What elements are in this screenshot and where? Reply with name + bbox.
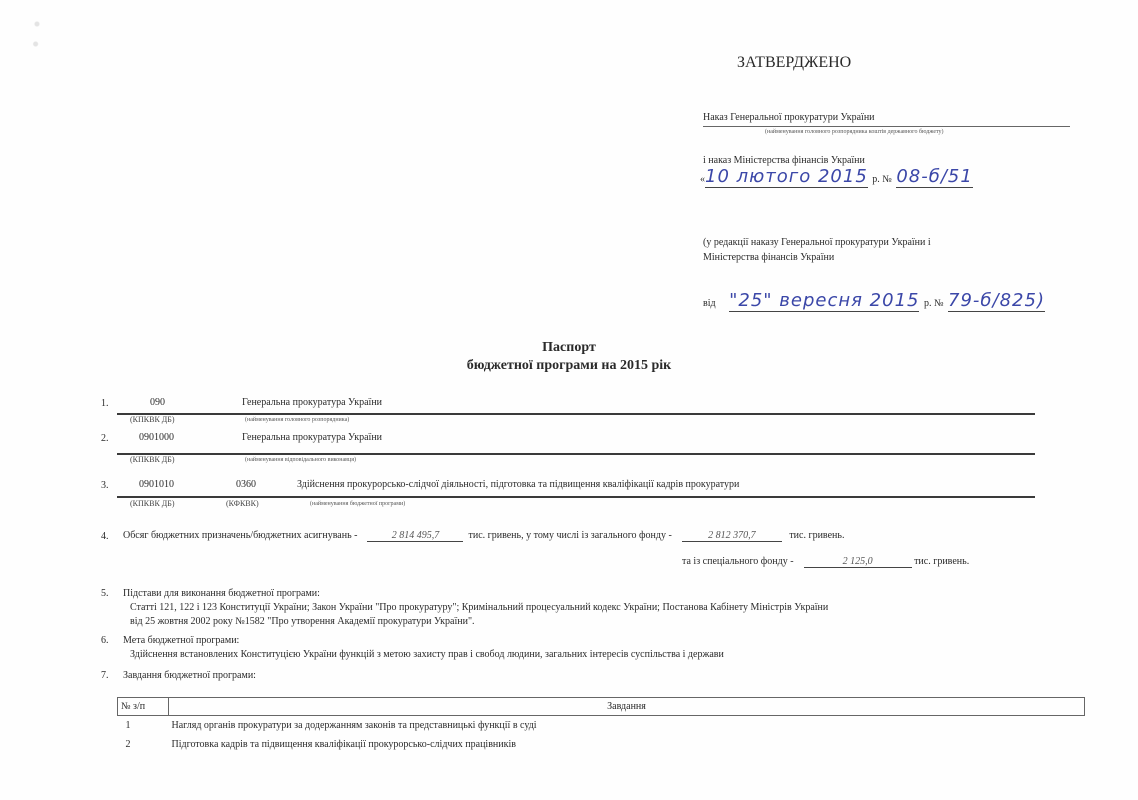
order2-date-line: «10 лютого 2015 р. № 08-б/51 (700, 166, 973, 187)
total-amount: 2 814 495,7 (367, 530, 463, 542)
header-task: Завдання (169, 698, 1085, 716)
item5-line1: Статті 121, 122 і 123 Конституції Україн… (130, 602, 828, 613)
row-number: 2 (118, 735, 169, 754)
item4-line2: та із спеціального фонду - 2 125,0 тис. … (682, 556, 969, 568)
header-number: № з/п (118, 698, 169, 716)
order2: і наказ Міністерства фінансів України (703, 155, 865, 166)
item1-cap-code: (КПКВК ДБ) (130, 415, 175, 424)
item6-label: Мета бюджетної програми: (123, 635, 239, 646)
special-fund-amount: 2 125,0 (804, 556, 912, 568)
row-task: Нагляд органів прокуратури за додержання… (169, 716, 1085, 736)
item2-cap-code: (КПКВК ДБ) (130, 455, 175, 464)
item6-num: 6. (101, 635, 109, 646)
item2-code: 0901000 (139, 432, 174, 443)
title-line1: Паспорт (0, 340, 1138, 356)
item1-code: 090 (150, 397, 165, 408)
item1-cap-name: (найменування головного розпорядника) (245, 417, 349, 423)
order1: Наказ Генеральної прокуратури України (703, 112, 875, 123)
item2-num: 2. (101, 433, 109, 444)
item3-name: Здійснення прокурорсько-слідчої діяльнос… (297, 479, 739, 490)
item2-name: Генеральна прокуратура України (242, 432, 382, 443)
item7-label: Завдання бюджетної програми: (123, 670, 256, 681)
item7-num: 7. (101, 670, 109, 681)
item1-num: 1. (101, 398, 109, 409)
item6-text: Здійснення встановлених Конституцією Укр… (130, 649, 724, 660)
table-row: 1 Нагляд органів прокуратури за додержан… (118, 716, 1085, 736)
item3-num: 3. (101, 480, 109, 491)
tasks-table: № з/п Завдання 1 Нагляд органів прокурат… (117, 697, 1085, 754)
revision-line1: (у редакції наказу Генеральної прокурату… (703, 237, 931, 248)
general-fund-amount: 2 812 370,7 (682, 530, 782, 542)
table-row: 2 Підготовка кадрів та підвищення кваліф… (118, 735, 1085, 754)
scan-smudge (30, 12, 44, 52)
order2-date: 10 лютого 2015 (705, 166, 868, 188)
item4-num: 4. (101, 531, 109, 542)
item1-name: Генеральна прокуратура України (242, 397, 382, 408)
item3-cap-name: (найменування бюджетної програми) (310, 501, 405, 507)
row-number: 1 (118, 716, 169, 736)
item3-code: 0901010 (139, 479, 174, 490)
revision-date-line: від "25" вересня 2015 р. № 79-б/825) (703, 290, 1045, 311)
item5-num: 5. (101, 588, 109, 599)
approved-heading: ЗАТВЕРДЖЕНО (737, 54, 851, 72)
item5-label: Підстави для виконання бюджетної програм… (123, 588, 320, 599)
item3-cap-code2: (КФКВК) (226, 499, 259, 508)
revision-line2: Міністерства фінансів України (703, 252, 834, 263)
order1-caption: (найменування головного розпорядника кош… (765, 129, 944, 135)
item4-line1: Обсяг бюджетних призначень/бюджетних аси… (123, 530, 844, 542)
item3-code2: 0360 (236, 479, 256, 490)
item3-cap-code: (КПКВК ДБ) (130, 499, 175, 508)
row-task: Підготовка кадрів та підвищення кваліфік… (169, 735, 1085, 754)
item2-cap-name: (найменування відповідального виконавця) (245, 457, 356, 463)
order2-number: 08-б/51 (896, 166, 972, 188)
title-line2: бюджетної програми на 2015 рік (0, 358, 1138, 374)
revision-number: 79-б/825) (948, 290, 1045, 312)
revision-date: "25" вересня 2015 (729, 290, 919, 312)
item5-line2: від 25 жовтня 2002 року №1582 "Про утвор… (130, 616, 475, 627)
